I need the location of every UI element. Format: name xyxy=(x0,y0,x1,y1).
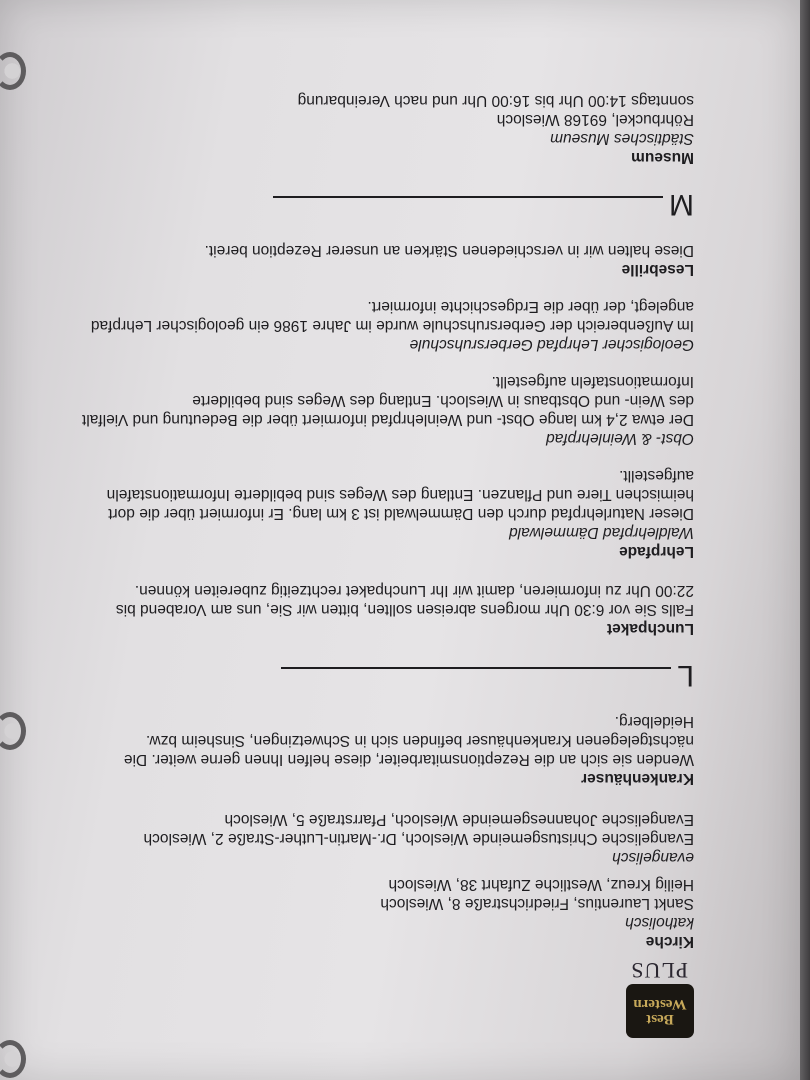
label-evangelisch: evangelisch xyxy=(74,848,694,867)
section-krankenhaeuser: Krankenhäuser Wenden sie sich an die Rez… xyxy=(74,712,694,788)
krankenhaeuser-text: Wenden sie sich an die Rezeptionsmitarbe… xyxy=(74,712,694,769)
letter-divider-m: M xyxy=(74,189,694,219)
lesebrille-text: Diese halten wir in verschiedenen Stärke… xyxy=(74,241,694,260)
divider-letter: L xyxy=(677,660,694,690)
label-katholisch: katholisch xyxy=(74,913,694,932)
logo-brand-line1: Best xyxy=(646,1011,674,1026)
section-lunchpaket: Lunchpaket Falls Sie vor 6:30 Uhr morgen… xyxy=(74,581,694,638)
best-western-plus-logo: Best Western PLUS xyxy=(74,961,694,1038)
heading-museum: Museum xyxy=(74,148,694,167)
section-museum: Museum Städtisches Museum Röhrbuckel, 69… xyxy=(74,91,694,167)
museum-hours: sonntags 14:00 Uhr bis 16:00 Uhr und nac… xyxy=(74,91,694,110)
heading-kirche: Kirche xyxy=(74,932,694,951)
lunchpaket-text: Falls Sie vor 6:30 Uhr morgens abreisen … xyxy=(74,581,694,619)
logo-plus-text: PLUS xyxy=(630,961,688,980)
church-line: Evangelische Christusgemeinde Wiesloch, … xyxy=(74,829,694,848)
letter-divider-l: L xyxy=(74,660,694,690)
lehrpfad-title: Obst- & Weinlehrpfad xyxy=(74,429,694,448)
church-line: Heilig Kreuz, Westliche Zufahrt 38, Wies… xyxy=(74,875,694,894)
section-lesebrille: Lesebrille Diese halten wir in verschied… xyxy=(74,241,694,279)
page-content: Best Western PLUS Kirche katholisch Sank… xyxy=(74,91,694,1038)
heading-lesebrille: Lesebrille xyxy=(74,260,694,279)
heading-lehrpfade: Lehrpfade xyxy=(74,542,694,561)
heading-krankenhaeuser: Krankenhäuser xyxy=(74,769,694,788)
document-page: Best Western PLUS Kirche katholisch Sank… xyxy=(0,0,800,1080)
museum-address: Röhrbuckel, 69168 Wiesloch xyxy=(74,110,694,129)
section-kirche: Kirche katholisch Sankt Laurentius, Frie… xyxy=(74,810,694,951)
lehrpfad-title: Waldlehrpfad Dämmelwald xyxy=(74,523,694,542)
lehrpfad-text: Der etwa 2,4 km lange Obst- und Weinlehr… xyxy=(74,372,694,429)
divider-letter: M xyxy=(669,189,694,219)
lehrpfad-text: Im Außenbereich der Gerbersruhschule wur… xyxy=(74,297,694,335)
church-line: Evangelische Johannesgemeinde Wiesloch, … xyxy=(74,810,694,829)
logo-badge: Best Western xyxy=(626,984,694,1038)
section-lehrpfade: Lehrpfade Waldlehrpfad Dämmelwald Dieser… xyxy=(74,297,694,561)
divider-line xyxy=(273,196,663,198)
logo-brand-line2: Western xyxy=(633,996,686,1011)
heading-lunchpaket: Lunchpaket xyxy=(74,619,694,638)
lehrpfad-text: Dieser Naturlehrpfad durch den Dämmelwal… xyxy=(74,466,694,523)
lehrpfad-title: Geologischer Lehrpfad Gerbersruhschule xyxy=(74,335,694,354)
divider-line xyxy=(281,667,671,669)
church-line: Sankt Laurentius, Friedrichstraße 8, Wie… xyxy=(74,894,694,913)
museum-name: Städtisches Museum xyxy=(74,129,694,148)
